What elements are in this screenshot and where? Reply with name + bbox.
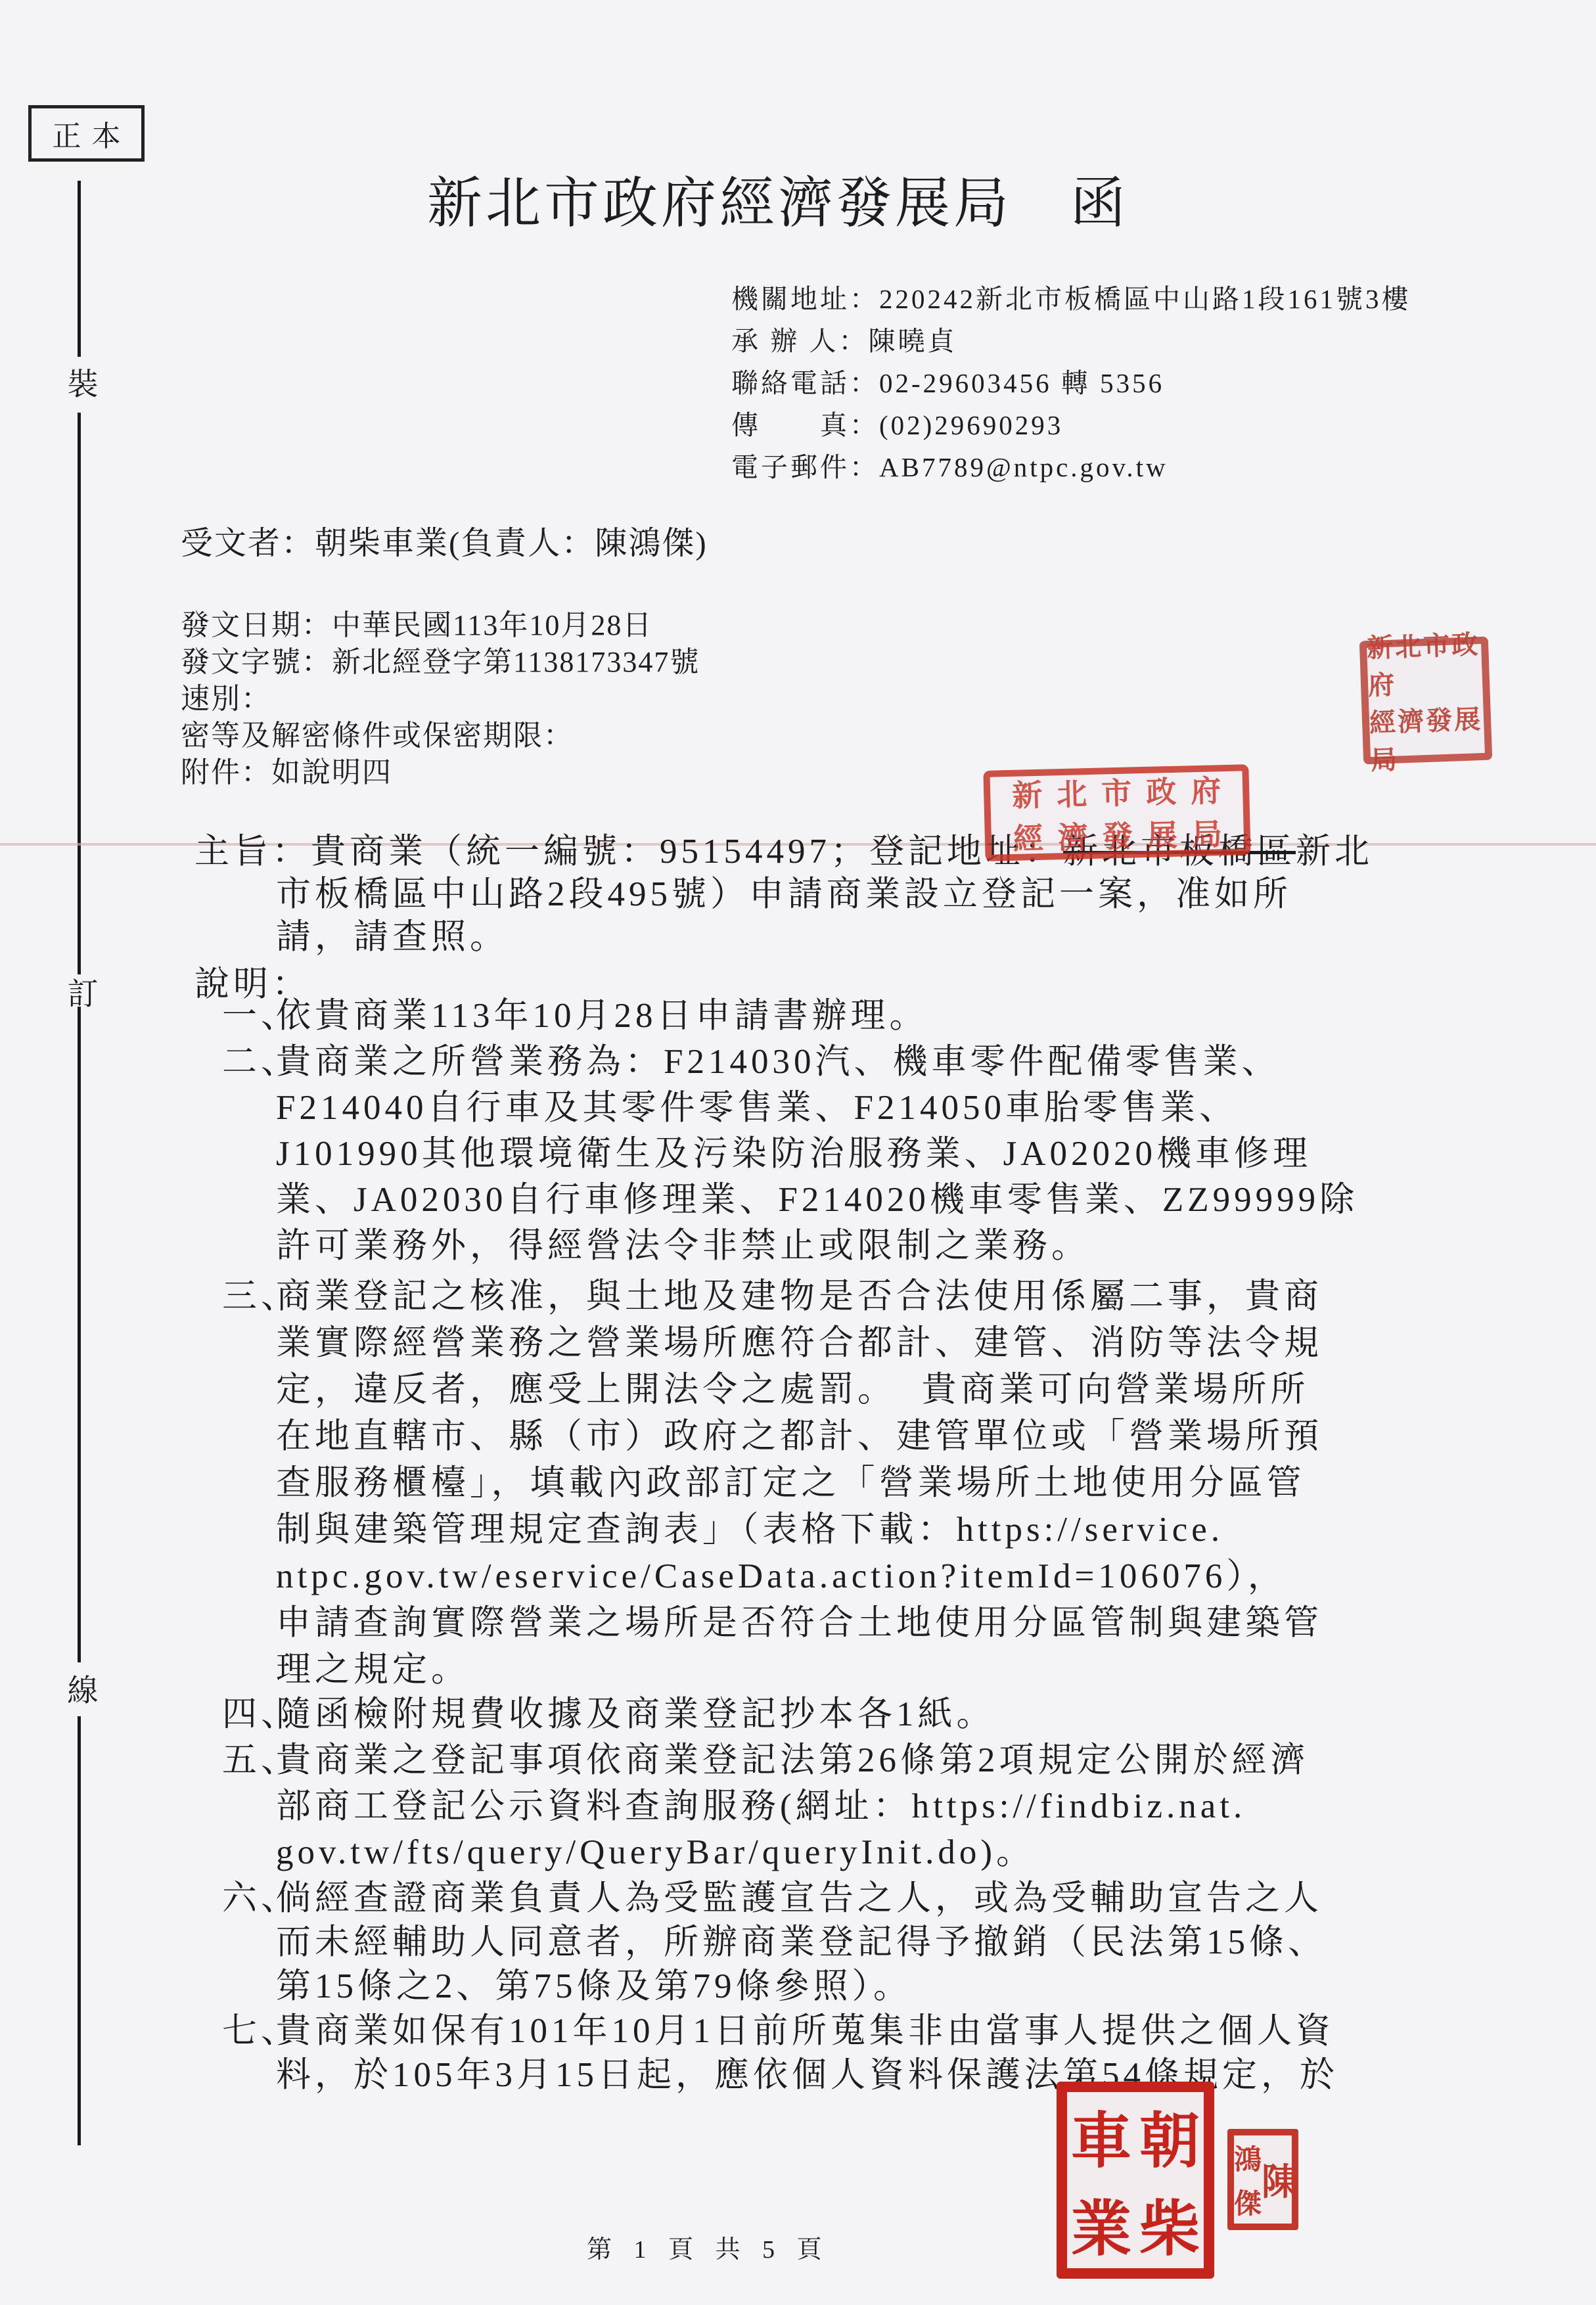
- explanation-item-number: 五、: [222, 1732, 300, 1782]
- explanation-item-line: 業、JA02030自行車修理業、F214020機車零售業、ZZ99999除: [276, 1172, 1358, 1221]
- binding-char-xian: 線: [63, 1666, 103, 1710]
- personal-seal-left-column: 鴻傑: [1234, 2135, 1262, 2224]
- explanation-item-line: 許可業務外，得經營法令非禁止或限制之業務。: [276, 1218, 1090, 1267]
- company-seal-character: 柴: [1135, 2180, 1204, 2268]
- explanation-item-line: gov.tw/fts/query/QueryBar/queryInit.do)。: [276, 1824, 1035, 1874]
- bureau-seal-stamp-on-subject: 新北市政府 經濟發展局: [983, 764, 1250, 861]
- explanation-item-line: 業實際經營業務之營業場所應符合都計、建管、消防等法令規: [276, 1315, 1323, 1365]
- explanation-item-number: 三、: [222, 1268, 300, 1318]
- binding-line-segment-1: [78, 181, 81, 357]
- meta-line: 發文字號：新北經登字第1138173347號: [181, 638, 700, 680]
- binding-char-zhuang: 裝: [63, 360, 103, 404]
- explanation-item-number: 四、: [222, 1686, 300, 1736]
- title-gap: [1012, 173, 1070, 235]
- personal-seal-character: 傑: [1234, 2182, 1262, 2222]
- explanation-item-number: 七、: [222, 2003, 300, 2053]
- meta-line: 附件：如說明四: [181, 748, 392, 790]
- contact-line: 聯絡電話：02-29603456 轉 5356: [731, 361, 1164, 400]
- explanation-item-number: 二、: [222, 1034, 300, 1084]
- explanation-item-number: 一、: [222, 988, 300, 1038]
- meta-line: 速別：: [181, 675, 271, 717]
- meta-line: 密等及解密條件或保密期限：: [181, 712, 574, 754]
- page-title: 新北市政府經濟發展局 函: [427, 159, 1129, 239]
- scanned-official-letter: { "page": { "copy_label": "正本", "binding…: [0, 0, 1596, 2305]
- contact-line: 電子郵件：AB7789@ntpc.gov.tw: [731, 445, 1168, 484]
- recipient-line: 受文者：朝柴車業(負責人：陳鴻傑): [181, 518, 708, 564]
- responsible-person-seal-stamp: 鴻傑 陳: [1227, 2129, 1298, 2230]
- issuing-agency-name: 新北市政府經濟發展局: [427, 173, 1012, 235]
- explanation-item-line: 部商工登記公示資料查詢服務(網址：https://findbiz.nat.: [276, 1778, 1246, 1828]
- binding-line-segment-2: [78, 413, 81, 974]
- explanation-item-line: 隨函檢附規費收據及商業登記抄本各1紙。四、: [276, 1686, 995, 1736]
- bureau-seal-row: 新北市政府: [1366, 624, 1483, 702]
- subject-seal-row: 經濟發展局: [998, 810, 1237, 859]
- explanation-item-line: 制與建築管理規定查詢表」（表格下載：https://service.: [276, 1501, 1223, 1551]
- subject-text-post: 新北: [1296, 833, 1373, 871]
- subject-line: 請，請查照。: [276, 909, 509, 959]
- explanation-item-line: 貴商業之登記事項依商業登記法第26條第2項規定公開於經濟五、: [276, 1732, 1310, 1782]
- bureau-seal-stamp-top-right: 新北市政府 經濟發展局: [1359, 637, 1492, 765]
- personal-seal-right-column: 陳: [1262, 2135, 1298, 2224]
- company-seal-stamp: 車朝業柴: [1057, 2082, 1214, 2279]
- explanation-item-line: 理之規定。: [276, 1641, 470, 1691]
- binding-char-ding: 訂: [63, 970, 103, 1014]
- page-number-footer: 第 1 頁 共 5 頁: [587, 2229, 830, 2265]
- explanation-item-line: 貴商業如保有101年10月1日前所蒐集非由當事人提供之個人資七、: [276, 2003, 1334, 2053]
- explanation-item-line: 依貴商業113年10月28日申請書辦理。一、: [276, 988, 928, 1038]
- explanation-item-line: J101990其他環境衛生及污染防治服務業、JA02020機車修理: [276, 1126, 1311, 1175]
- company-seal-character: 朝: [1135, 2092, 1204, 2180]
- subject-label: 主旨：: [194, 833, 311, 871]
- copy-label-box: 正本: [28, 105, 145, 162]
- binding-line-segment-4: [78, 1716, 81, 2145]
- bureau-seal-row: 經濟發展局: [1369, 698, 1486, 777]
- explanation-item-line: 查服務櫃檯」，填載內政部訂定之「營業場所土地使用分區管: [276, 1455, 1306, 1505]
- company-seal-character: 車: [1067, 2092, 1135, 2180]
- explanation-item-line: 商業登記之核准，與土地及建物是否合法使用係屬二事，貴商三、: [276, 1268, 1323, 1318]
- explanation-item-line: F214040自行車及其零件零售業、F214050車胎零售業、: [276, 1080, 1238, 1130]
- meta-line: 發文日期：中華民國113年10月28日: [181, 601, 652, 643]
- contact-line: 機關地址：220242新北市板橋區中山路1段161號3樓: [731, 277, 1411, 316]
- binding-line-segment-3: [78, 1007, 81, 1662]
- explanation-item-number: 六、: [222, 1870, 300, 1920]
- explanation-item-line: ntpc.gov.tw/eservice/CaseData.action?ite…: [276, 1548, 1287, 1598]
- explanation-item-line: 貴商業之所營業務為：F214030汽、機車零件配備零售業、二、: [276, 1034, 1280, 1084]
- subject-seal-row: 新北市政府: [997, 767, 1236, 816]
- explanation-item-line: 而未經輔助人同意者，所辦商業登記得予撤銷（民法第15條、: [276, 1914, 1327, 1964]
- explanation-item-line: 定，違反者，應受上開法令之處罰。 貴商業可向營業場所所: [276, 1361, 1310, 1411]
- contact-line: 承 辦 人：陳曉貞: [731, 319, 957, 358]
- copy-label: 正本: [42, 112, 131, 154]
- contact-line: 傳 真：(02)29690293: [731, 403, 1063, 442]
- explanation-item-line: 倘經查證商業負責人為受監護宣告之人，或為受輔助宣告之人六、: [276, 1870, 1323, 1920]
- company-seal-character: 業: [1067, 2180, 1135, 2268]
- explanation-item-line: 在地直轄市、縣（市）政府之都計、建管單位或「營業場所預: [276, 1408, 1323, 1458]
- personal-seal-character: 鴻: [1234, 2138, 1262, 2178]
- explanation-item-line: 第15條之2、第75條及第79條參照）。: [276, 1958, 912, 2008]
- doc-type-label: 函: [1070, 173, 1129, 235]
- subject-text-pre: 貴商業（統一編號：95154497；登記地址：: [311, 833, 1063, 871]
- explanation-item-line: 申請查詢實際營業之場所是否符合土地使用分區管制與建築管: [276, 1595, 1323, 1645]
